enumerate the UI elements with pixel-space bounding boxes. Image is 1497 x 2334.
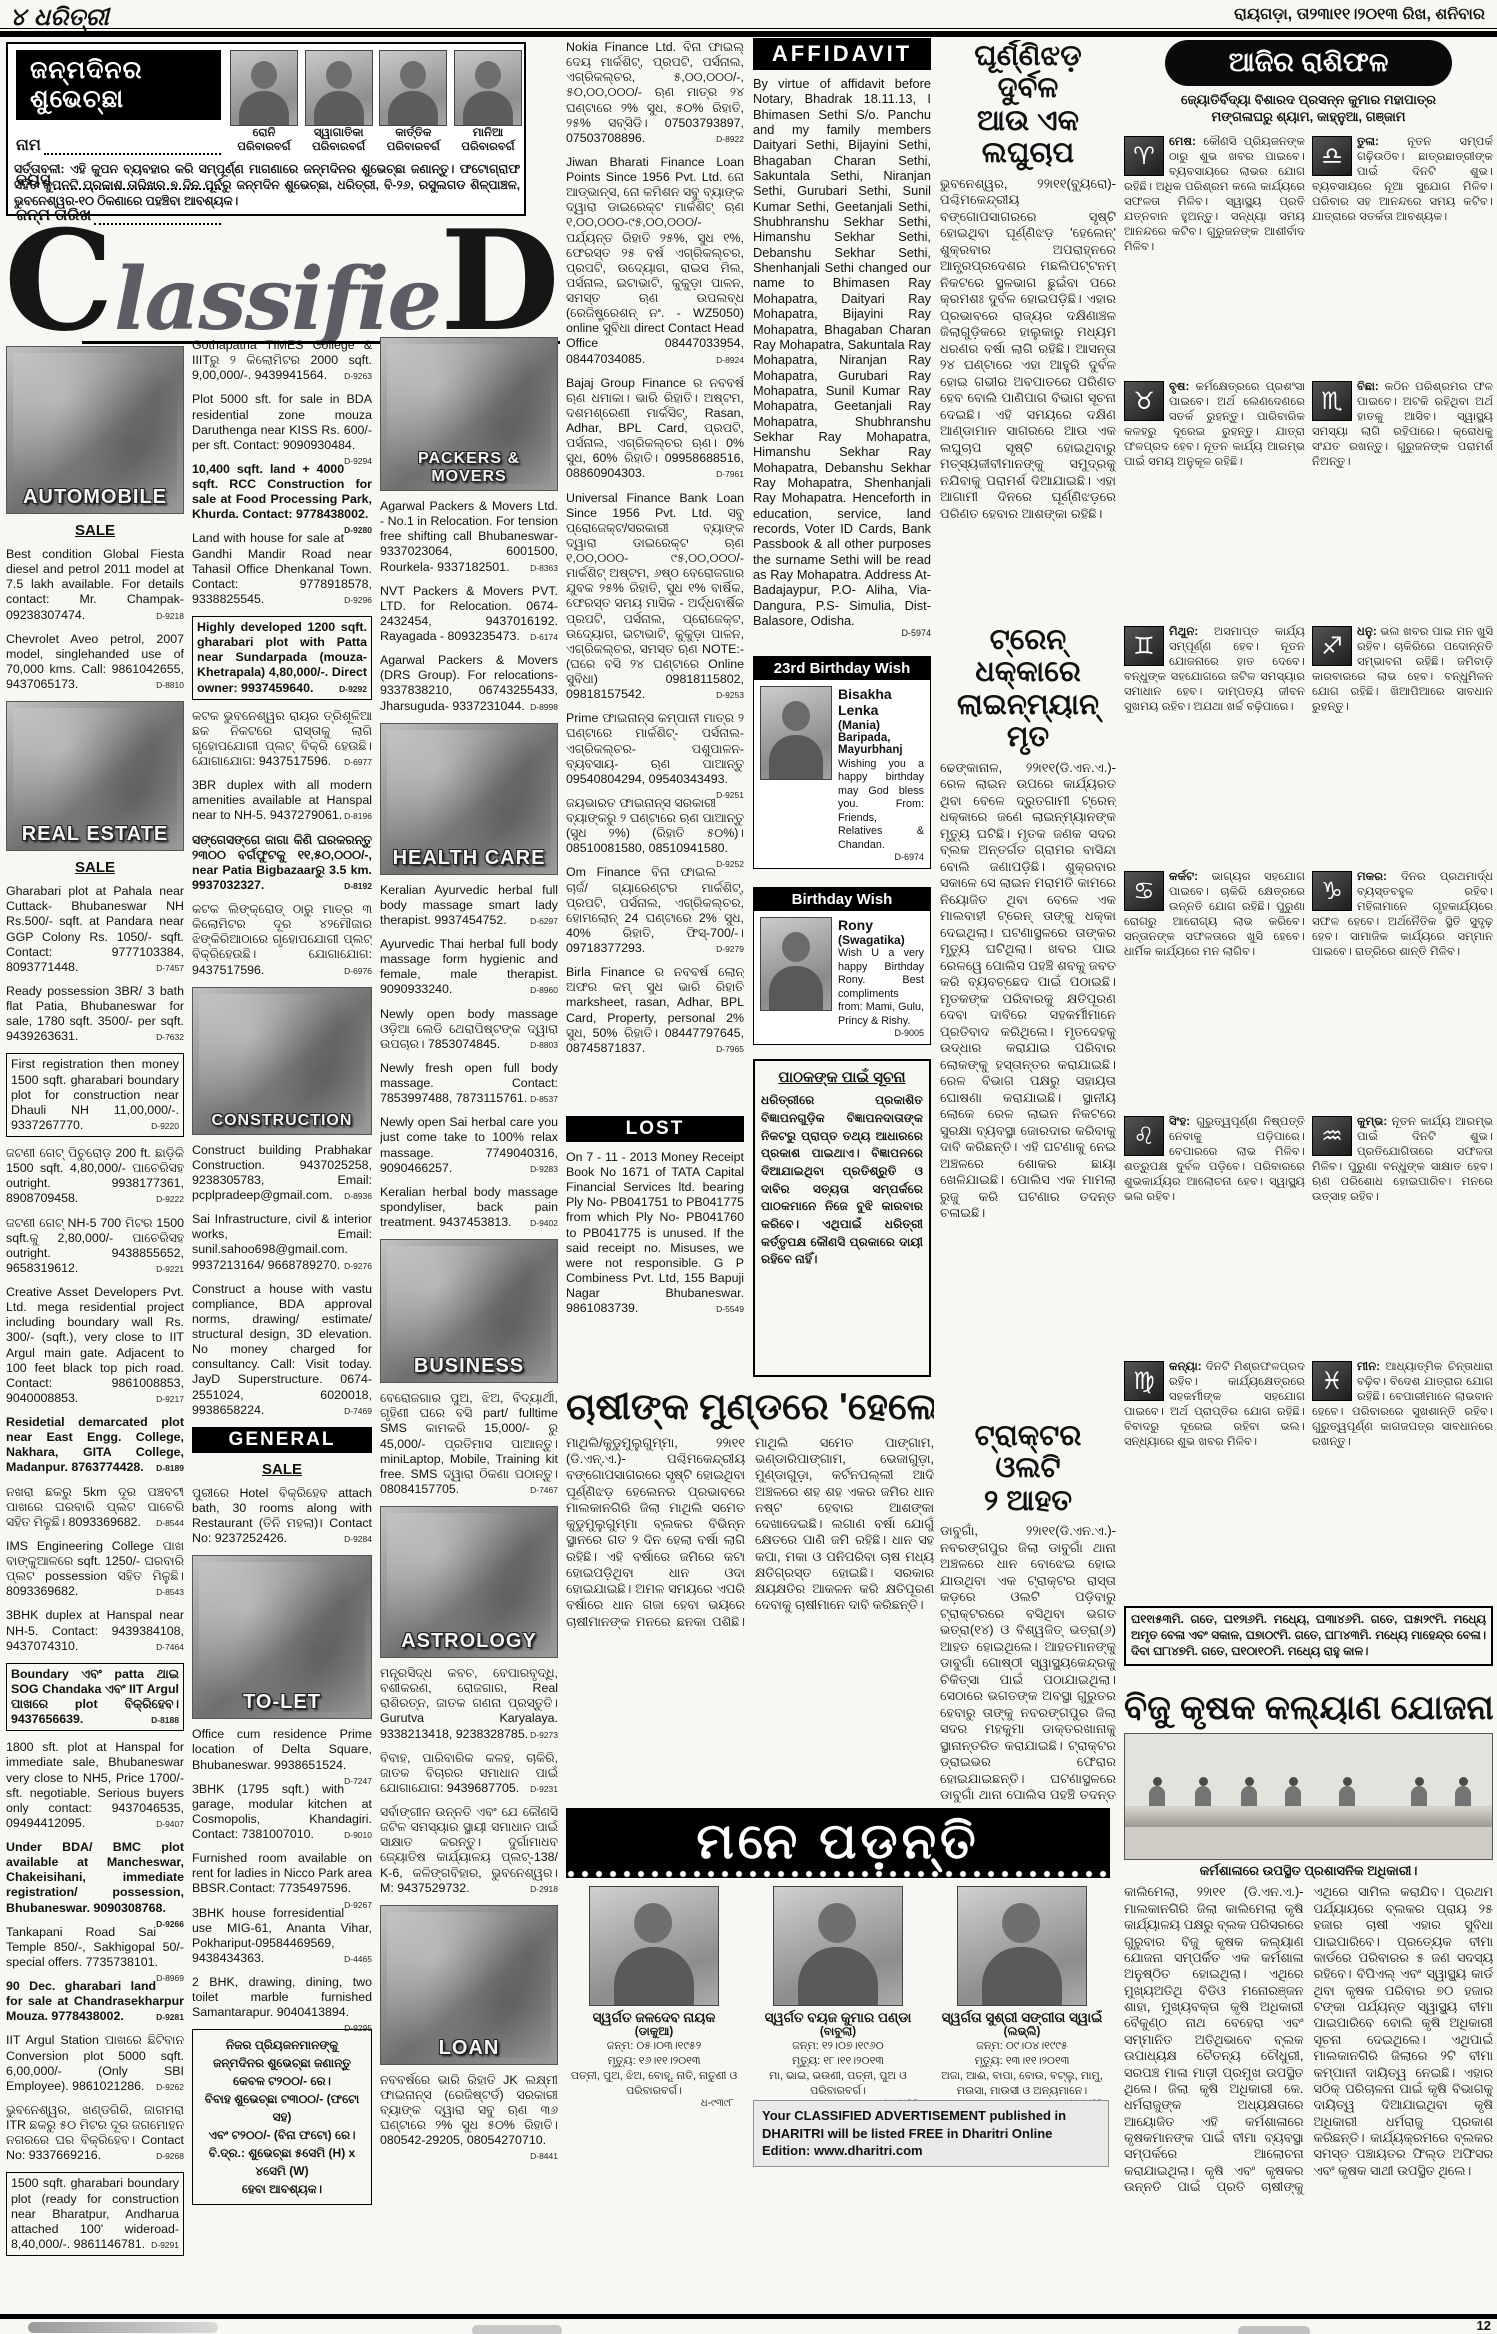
masthead-page-label: ୪ ଧରିତ୍ରୀ: [10, 2, 109, 31]
classified-ad: 3BR duplex with all modern amenities ava…: [192, 778, 372, 823]
classified-ad: ନଖରା ଛକରୁ 5km ଦୂର ପଞ୍ଚବଟୀ ପାଖରେ ଘରବାରି ପ…: [6, 1485, 184, 1530]
classified-ad-code: D-5549: [716, 1304, 744, 1314]
section-banner-label: CONSTRUCTION: [193, 1112, 371, 1130]
greeting-rates-line: ବି.ଦ୍ର.: ଶୁଭେଚ୍ଛା ୫ସେମି (H) x ୪ସେମି (W): [197, 2144, 367, 2180]
memorial-line: ମୃତ୍ୟୁ: ୧୩।୧୧।୨୦୧୩: [934, 2054, 1110, 2069]
classified-ad: ଜଟଣୀ ଗେଟ୍ NH-5 700 ମିଟର 1500 sqft.କୁ 2,8…: [6, 1216, 184, 1277]
horoscope-entry: ♑ମକର: ଦିନର ପ୍ରଥମାର୍ଦ୍ଧ ବ୍ୟସ୍ତବହୁଳ ରହିବ। …: [1312, 865, 1493, 1110]
memorial-row: ସ୍ୱର୍ଗତ ଜଳଦେବ ନାୟକ(ଡାକୁଆ)ଜନ୍ମ: ୦୫।୦୩।୧୯୫…: [566, 1886, 1110, 2109]
classified-ad-code: D-9281: [156, 2012, 184, 2022]
lost-strip: LOST: [566, 1116, 744, 1142]
classified-ad: Agarwal Packers & Movers Ltd. - No.1 in …: [380, 499, 558, 575]
classified-ad-text: On 7 - 11 - 2013 Money Receipt Book No 1…: [566, 1150, 744, 1315]
classified-ad-code: D-8543: [156, 1587, 184, 1597]
logo-middle: lassifie: [114, 249, 440, 350]
classified-ad-text: 1800 sft. plot at Hanspal for immediate …: [6, 1740, 184, 1830]
classified-ad-code: D-9252: [716, 859, 744, 869]
classified-ad-code: D-9402: [530, 1218, 558, 1228]
memorial-entry: ସ୍ୱର୍ଗତା ସୁଶ୍ରୀ ସଙ୍ଗୀତା ସ୍ୱାଇଁ(ଲଭ୍‌ଲି)ଜନ…: [934, 1886, 1110, 2109]
train-article: ଢେଙ୍କାନାଳ, ୨୨ା୧୧(ଡି.ଏନ.ଏ.)- ରେଳ ଲାଇନ ଉପର…: [940, 760, 1116, 1408]
classified-ad-text: Under BDA/ BMC plot available at Manches…: [6, 1840, 184, 1915]
classified-ad: NVT Packers & Movers PVT. LTD. for Reloc…: [380, 584, 558, 645]
classified-ad-code: D-8196: [344, 811, 372, 821]
zodiac-sign-name: କୁମ୍ଭ:: [1357, 1115, 1392, 1128]
zodiac-sign-name: ତୁଳା:: [1357, 135, 1407, 148]
affidavit-column: AFFIDAVIT By virtue of affidavit before …: [753, 38, 931, 1386]
birthday-girl-photo: [760, 686, 832, 780]
classified-ad-code: D-4465: [344, 1954, 372, 1964]
zodiac-icon: ♑: [1312, 871, 1352, 911]
classified-ad: On 7 - 11 - 2013 Money Receipt Book No 1…: [566, 1150, 744, 1316]
greeting-rates-line: ଜନ୍ମଦିନର ଶୁଭେଚ୍ଛା ଜଣାନ୍ତୁ: [197, 2054, 367, 2072]
birthday-wish-code: D-6974: [838, 852, 924, 862]
classified-ad-code: D-9217: [156, 1394, 184, 1404]
classified-ad: Construct a house with vastu compliance,…: [192, 1282, 372, 1418]
zodiac-sign-name: ବୃଷ:: [1169, 380, 1196, 393]
classified-ad: Boundary ଏବଂ patta ଥାଇ SOG Chandaka ଏବଂ …: [6, 1663, 184, 1732]
birthday-coupon: ଜନ୍ମଦିନର ଶୁଭେଚ୍ଛା ନାମ ବୟସ ଜନ୍ମ ତାରିଖ ରୋନ…: [6, 42, 526, 216]
classified-ad: Construct building Prabhakar Constructio…: [192, 1143, 372, 1204]
classified-ad: Keralian Ayurvedic herbal full body mass…: [380, 883, 558, 928]
cyclone-article: ଭୁବନେଶ୍ୱର, ୨୨ା୧୧(ବ୍ୟୁରୋ)- ପଶ୍ଚିମକେନ୍ଦ୍ରୀ…: [940, 176, 1116, 612]
birthday-photo-family: ପରିବାରବର୍ଗ: [454, 140, 522, 154]
zodiac-icon: ♋: [1124, 871, 1164, 911]
classified-ad-code: D-6976: [344, 966, 372, 976]
classified-ad-code: D-9295: [344, 2023, 372, 2033]
classified-ad-code: D-7965: [716, 1044, 744, 1054]
person-figure: [1241, 1777, 1257, 1807]
reader-notice-body: ଧରିତ୍ରୀରେ ପ୍ରକାଶିତ ବିଜ୍ଞାପନଗୁଡ଼ିକ ବିଜ୍ଞା…: [761, 1092, 923, 1269]
classified-ad: IIT Argul Station ପାଖରେ ଛିଟିବାନ Conversi…: [6, 2033, 184, 2094]
zodiac-icon: ♎: [1312, 136, 1352, 176]
classified-ad-code: D-9263: [344, 371, 372, 381]
classified-ad: 3BHK (1795 sqft.) with garage, modular k…: [192, 1782, 372, 1843]
person-figure: [1195, 1777, 1211, 1807]
section-banner-label: TO-LET: [193, 1691, 371, 1714]
classified-ad: ଜଟଣୀ ଗେଟ୍ ପିଚୁରୋଡ଼ 200 ft. ଛାଡ଼ିକି 1500 …: [6, 1146, 184, 1207]
section-banner-construction: CONSTRUCTION: [192, 987, 372, 1135]
section-banner-label: AUTOMOBILE: [7, 486, 183, 509]
classified-ad: Highly developed 1200 sqft. gharabari pl…: [192, 616, 372, 700]
horoscope-entry: ♋କର୍କଟ: ଭାଗ୍ୟର ସହଯୋଗ ପାଇବେ। ଚାକିରି କ୍ଷେତ…: [1124, 865, 1305, 1110]
sale-heading: SALE: [192, 1461, 372, 1478]
scan-artifact: [1238, 2326, 1310, 2334]
classified-ad: 1500 sqft. gharabari boundary plot (read…: [6, 2172, 184, 2256]
birthday-wish-text: Rony (Swagatika) Wish U a very happy Bir…: [838, 917, 924, 1038]
memorial-line: ମା, ଭାଇ, ଭଉଣୀ, ପତ୍ନୀ, ପୁଅ ଓ ପରିବାରବର୍ଗ।: [750, 2069, 926, 2099]
zodiac-icon: ♍: [1124, 1361, 1164, 1401]
classified-ad-text: Gharabari plot at Pahala near Cuttack- B…: [6, 884, 184, 974]
classified-ad-code: D-9291: [151, 2240, 179, 2250]
person-figure: [1285, 1777, 1301, 1807]
classified-ad-code: D-8998: [530, 702, 558, 712]
classified-ad-code: D-9284: [344, 1534, 372, 1544]
classified-ad-text: Jiwan Bharati Finance Loan Points Since …: [566, 155, 744, 366]
section-banner-real-estate: REAL ESTATE: [6, 701, 184, 851]
classified-ad: 3BHK duplex at Hanspal near NH-5. Contac…: [6, 1608, 184, 1653]
classified-ad-text: Prime ଫାଇନାନ୍ସ କମ୍ପାନୀ ମାତ୍ର ୨ ଘଣ୍ଟାରେ ମ…: [566, 711, 744, 786]
classified-column-1: AUTOMOBILESALEBest condition Global Fies…: [6, 346, 184, 2312]
classified-ad-code: D-9266: [156, 1919, 184, 1929]
classified-ad: Creative Asset Developers Pvt. Ltd. mega…: [6, 1285, 184, 1406]
memorial-line: ମୃତ୍ୟୁ: ୧୮।୧୧।୨୦୧୩: [750, 2054, 926, 2069]
classified-ad: 2 BHK, drawing, dining, two toilet marbl…: [192, 1975, 372, 2020]
birthday-photo-card: ରୋନିପରିବାରବର୍ଗ: [230, 50, 298, 155]
memorial-line: ଜନ୍ମ: ୦୫।୦୩।୧୯୫୨: [566, 2039, 742, 2054]
memorial-nickname: (ବାବୁଲା): [750, 2026, 926, 2039]
classified-ad-text: Plot 5000 sft. for sale in BDA residenti…: [192, 392, 372, 451]
memorial-name: ସ୍ୱର୍ଗତ ଜଳଦେବ ନାୟକ: [566, 2010, 742, 2026]
classified-ad-code: D-8924: [716, 355, 744, 365]
greeting-rates-line: ହେବା ଆବଶ୍ୟକ।: [197, 2180, 367, 2198]
classified-ad: ମନ୍ତ୍ରସିଦ୍ଧ କବଚ, ବେପାରବୃଦ୍ଧି, ବଶୀକରଣ, ରୋ…: [380, 1666, 558, 1742]
birthday-photo: [305, 50, 373, 126]
classified-ad-code: D-7457: [156, 963, 184, 973]
greeting-rates-line: ବିବାହ ଶୁଭେଚ୍ଛା ଟ୩୦୦/- (ଫଟୋ ସହ): [197, 2090, 367, 2126]
birthday-wish-message: Wish U a very happy Birthday Rony. Best …: [838, 947, 924, 1028]
classified-ad: Gothapatna TIMES College & IIITରୁ ୨ କିଲୋ…: [192, 338, 372, 383]
classified-ad-code: D-9276: [344, 1261, 372, 1271]
zodiac-icon: ♊: [1124, 626, 1164, 666]
horoscope-title: ଆଜିର ରାଶିଫଳ: [1165, 40, 1453, 86]
header-rule-thick: [0, 31, 1497, 37]
classified-ad-code: D-9268: [156, 2151, 184, 2161]
birthday-photo-card: କାର୍ତ୍ତିକପରିବାରବର୍ଗ: [379, 50, 447, 155]
panchanga-box: ଘ୧୧ା୫୩ମି. ଗତେ, ଘ୧୨ା୬ମି. ମଧ୍ୟେ, ଘ୩ା୪୬ମି. …: [1124, 1606, 1493, 1666]
birthday-photo: [454, 50, 522, 126]
birthday-wish-nick: (Mania): [838, 718, 924, 732]
bottom-rule: [0, 2314, 1497, 2319]
workshop-article-block: ବିଜୁ କୃଷକ କଲ୍ୟାଣ ଯୋଜନା କର୍ମଶାଳା କର୍ମଶାଳା…: [1124, 1690, 1493, 2330]
classified-ad-code: D-9251: [716, 790, 744, 800]
classified-ad: 10,400 sqft. land + 4000 sqft. RCC Const…: [192, 462, 372, 523]
classified-ad: Keralian herbal body massage spondyliser…: [380, 1185, 558, 1230]
classified-ad: Chevrolet Aveo petrol, 2007 model, singl…: [6, 632, 184, 693]
horoscope-entry: ♉ବୃଷ: କର୍ମକ୍ଷେତ୍ରରେ ପ୍ରଶଂସା ପାଇବେ। ଅର୍ଥ …: [1124, 375, 1305, 620]
classified-ad-code: D-7464: [156, 1642, 184, 1652]
birthday-wish-message: Wishing you a happy birthday may God ble…: [838, 758, 924, 852]
online-edition-notice: Your CLASSIFIED ADVERTISEMENT published …: [753, 2100, 1109, 2167]
finance-ads-column: Nokia Finance Ltd. ବିନା ଫାଇଲ୍ ଦେୟ ମାର୍କଶ…: [566, 40, 744, 1384]
zodiac-icon: ♌: [1124, 1116, 1164, 1156]
classified-ad: ନବବର୍ଷରେ ଭାରି ରିହାତି JK ଲକ୍ଷ୍ମୀ ଫାଇନାନ୍ସ…: [380, 2073, 558, 2149]
zodiac-sign-name: ମେଷ:: [1169, 135, 1203, 148]
helen-article-block: ଚାଷୀଙ୍କ ମୁଣ୍ଡରେ 'ହେଲେନ୍' ଚଢ଼କ ମାଥିଲି/କୁଡ…: [566, 1388, 934, 1806]
dotted-line: [44, 141, 221, 155]
classified-ad-code: D-9218: [156, 611, 184, 621]
reader-notice-title: ପାଠକଙ୍କ ପାଇଁ ସୂଚନା: [761, 1069, 923, 1086]
tractor-article: ଡାବୁଗାଁ, ୨୨ା୧୧(ଡି.ଏନ.ଏ.)- ନବରଙ୍ଗପୁର ଜିଲା…: [940, 1523, 1116, 1806]
classified-ad-code: D-8189: [156, 1463, 184, 1473]
zodiac-sign-name: ଧନୁ:: [1357, 625, 1380, 638]
classified-ad-code: D-8192: [344, 881, 372, 891]
classified-ad-code: D-9283: [530, 1164, 558, 1174]
birthday-photo: [230, 50, 298, 126]
classified-ad-code: D-9262: [156, 2082, 184, 2092]
birthday-boy-photo: [760, 917, 832, 1011]
classified-ad: Under BDA/ BMC plot available at Manches…: [6, 1840, 184, 1916]
section-banner-label: HEALTH CARE: [381, 847, 557, 870]
classified-ad-code: D-9273: [530, 1730, 558, 1740]
headline-line: ଆଉ ଏକ ଲଘୁଚାପ: [977, 105, 1079, 169]
person-figure: [1149, 1777, 1165, 1807]
headline-line: ଲାଇନ୍‌ମ୍ୟାନ୍ ମୃତ: [957, 689, 1099, 753]
newspaper-page: ୪ ଧରିତ୍ରୀ ରାୟଗଡ଼ା, ତା୨୩ା୧୧।୨୦୧୩ ରିଖ, ଶନି…: [0, 0, 1497, 2334]
zodiac-icon: ♒: [1312, 1116, 1352, 1156]
birthday-wish-body: Rony (Swagatika) Wish U a very happy Bir…: [754, 911, 930, 1044]
coupon-field-name: ନାମ: [16, 137, 221, 155]
horoscope-entry: ♌ସିଂହ: ଗୁରୁତ୍ୱପୂର୍ଣ୍ଣ ନିଷ୍ପତ୍ତି ନେବାକୁ ପ…: [1124, 1110, 1305, 1355]
classified-ad: Furnished room available on rent for lad…: [192, 1851, 372, 1896]
birthday-wish-23-text: Bisakha Lenka (Mania) Baripada, Mayurbha…: [838, 686, 924, 862]
conference-table: [1125, 1807, 1492, 1827]
memorial-line: ପତ୍ନୀ, ପୁଅ, ଝିଅ, ବୋହୂ, ନାତି, ନାତୁଣୀ ଓ ପର…: [566, 2069, 742, 2099]
classified-ad-code: D-9231: [530, 1784, 558, 1794]
sale-heading: SALE: [6, 522, 184, 539]
horoscope-entry: ♊ମିଥୁନ: ଅସମାପ୍ତ କାର୍ଯ୍ୟ ସମ୍ପୂର୍ଣ୍ଣ ହେବ। …: [1124, 620, 1305, 865]
header-rule: [0, 28, 1497, 29]
classified-ad-text: Office cum residence Prime location of D…: [192, 1727, 372, 1771]
classified-ad-code: D-8537: [530, 1094, 558, 1104]
memorial-nickname: (ଲଭ୍‌ଲି): [934, 2026, 1110, 2039]
classified-ad-code: D-9222: [156, 1194, 184, 1204]
headline-line: ଟ୍ରେନ୍ ଧକ୍କାରେ: [975, 624, 1081, 688]
memorial-banner: ମନେ ପଡ଼ନ୍ତି: [566, 1808, 1110, 1878]
classified-ad: ବେରୋଜଗାର ପୁଅ, ଝିଅ, ବିଦ୍ୟାର୍ଥୀ, ଗୃହିଣୀ ଘର…: [380, 1391, 558, 1497]
section-banner-astrology: ASTROLOGY: [380, 1506, 558, 1658]
greeting-rates-box: ନିଜର ପ୍ରିୟଜନମାନଙ୍କୁଜନ୍ମଦିନର ଶୁଭେଚ୍ଛା ଜଣା…: [192, 2029, 372, 2205]
affidavit-code: D-5974: [753, 628, 931, 638]
classified-ad-code: D-7469: [344, 1406, 372, 1416]
section-banner-automobile: AUTOMOBILE: [6, 346, 184, 514]
zodiac-icon: ♐: [1312, 626, 1352, 666]
classified-ad-code: D-6297: [530, 916, 558, 926]
classified-ad-code: D-9292: [339, 684, 367, 694]
classified-ad: Newly fresh open full body massage. Cont…: [380, 1061, 558, 1106]
classified-ad: Sai Infrastructure, civil & interior wor…: [192, 1212, 372, 1273]
zodiac-icon: ♓: [1312, 1361, 1352, 1401]
horoscope-section: ଆଜିର ରାଶିଫଳ ଜ୍ୟୋତିର୍ବିଦ୍ୟା ବିଶାରଦ ପ୍ରସନ୍…: [1124, 40, 1493, 1666]
birthday-wish-23-box: 23rd Birthday Wish Bisakha Lenka (Mania)…: [753, 656, 931, 869]
section-banner-label: ASTROLOGY: [381, 1630, 557, 1653]
classified-ad: 1800 sft. plot at Hanspal for immediate …: [6, 1740, 184, 1831]
classified-ad: କଟକ ଭୁବନେଶ୍ୱର ରାୟର ତ୍ରିଶୂଳିଆ ଛକ ନିକଟରେ ର…: [192, 709, 372, 770]
classified-ad: Tankapani Road Sai Temple 850/-, Sakhigo…: [6, 1925, 184, 1970]
general-strip: GENERAL: [192, 1427, 372, 1453]
memorial-photo: [773, 1886, 903, 2006]
classified-ad: Agarwal Packers & Movers (DRS Group). Fo…: [380, 653, 558, 714]
zodiac-sign-name: ମୀନ:: [1357, 1360, 1386, 1373]
classified-ad: Residetial demarcated plot near East Eng…: [6, 1415, 184, 1476]
affidavit-strip: AFFIDAVIT: [753, 38, 931, 70]
classified-ad: Office cum residence Prime location of D…: [192, 1727, 372, 1772]
headline-line: ଟ୍ରାକ୍ଟର ଓଲଟି: [975, 1420, 1082, 1484]
classified-ad: Ayurvedic Thai herbal full body massage …: [380, 937, 558, 998]
memorial-line: ଜନ୍ମ: ୧୨।୦୭।୧୯୬୦: [750, 2039, 926, 2054]
classified-ad: Newly open Sai herbal care you just come…: [380, 1115, 558, 1176]
classified-ad-code: D-8922: [716, 134, 744, 144]
workshop-headline: ବିଜୁ କୃଷକ କଲ୍ୟାଣ ଯୋଜନା କର୍ମଶାଳା: [1124, 1690, 1493, 1727]
classified-ad: Land with house for sale at Gandhi Mandi…: [192, 531, 372, 607]
memorial-line: ଜନ୍ମ: ୦୯।୦୪।୧୯୯୫: [934, 2039, 1110, 2054]
classified-ad: ଭୁବନେଶ୍ୱର, ଖଣ୍ଡଗିରି, ଜାଗମରା ITR ଛକରୁ ୫୦ …: [6, 2103, 184, 2164]
zodiac-sign-name: ମକର:: [1357, 870, 1401, 883]
section-banner-packers-movers: PACKERS & MOVERS: [380, 337, 558, 491]
classified-ad-code: D-8188: [151, 1715, 179, 1725]
birthday-photo-name: ରୋନି: [230, 126, 298, 140]
classified-ad: ସଙ୍ଗେସଙ୍ଗେ ଜାଗା କିଣି ଘରକରନ୍ତୁ ୨୩୦୦ ବର୍ଗଫ…: [192, 833, 372, 894]
zodiac-sign-name: ସିଂହ:: [1169, 1115, 1196, 1128]
classified-ad: IMS Engineering College ପାଖ ବାଙ୍କୁଆଳରେ s…: [6, 1539, 184, 1600]
classified-ad: ପୁରୀରେ Hotel ବିକ୍ରିହେବ attach bath, 30 r…: [192, 1486, 372, 1547]
astrologer-credit: ଜ୍ୟୋତିର୍ବିଦ୍ୟା ବିଶାରଦ ପ୍ରସନ୍ନ କୁମାର ମହାପ…: [1124, 92, 1493, 126]
classified-ad-code: D-8936: [344, 1191, 372, 1201]
reader-notice-box: ପାଠକଙ୍କ ପାଇଁ ସୂଚନା ଧରିତ୍ରୀରେ ପ୍ରକାଶିତ ବି…: [753, 1059, 931, 1377]
classified-ad: Universal Finance Bank Loan Since 1956 P…: [566, 491, 744, 703]
classified-ad: ବିବାହ, ପାରିବାରିକ କଳହ, ଚାକିରି, ଜାତକ ବିଚାର…: [380, 1751, 558, 1796]
classified-ad: Gharabari plot at Pahala near Cuttack- B…: [6, 884, 184, 975]
section-banner-to-let: TO-LET: [192, 1555, 372, 1719]
zodiac-sign-name: ମିଥୁନ:: [1169, 625, 1214, 638]
birthday-photo-card: ମାନିଆପରିବାରବର୍ଗ: [454, 50, 522, 155]
section-banner-health-care: HEALTH CARE: [380, 723, 558, 875]
classified-ad-text: Universal Finance Bank Loan Since 1956 P…: [566, 491, 744, 702]
classified-ad-code: D-8960: [530, 985, 558, 995]
classified-ad-code: D-9220: [151, 1121, 179, 1131]
workshop-photo: [1124, 1733, 1493, 1860]
classified-ad-code: D-7467: [530, 1485, 558, 1495]
memorial-name: ସ୍ୱର୍ଗତା ସୁଶ୍ରୀ ସଙ୍ଗୀତା ସ୍ୱାଇଁ: [934, 2010, 1110, 2026]
birthday-photo-name: କାର୍ତ୍ତିକ: [379, 126, 447, 140]
section-banner-label: LOAN: [381, 2037, 557, 2060]
classified-ad-code: D-9294: [344, 456, 372, 466]
birthday-wish-nick: (Swagatika): [838, 933, 924, 947]
zodiac-sign-name: କନ୍ୟା:: [1169, 1360, 1206, 1373]
greeting-rates-line: ଏବଂ ଟ୨୦୦/- (ବିନା ଫଟୋ) ରେ।: [197, 2126, 367, 2144]
masthead-date: ରାୟଗଡ଼ା, ତା୨୩ା୧୧।୨୦୧୩ ରିଖ, ଶନିବାର: [1234, 6, 1485, 24]
workshop-caption: କର୍ମଶାଳାରେ ଉପସ୍ଥିତ ପ୍ରଶାସନିକ ଅଧିକାରୀ।: [1124, 1863, 1493, 1879]
classified-ad-text: Furnished room available on rent for lad…: [192, 1851, 372, 1895]
birthday-wish-name: Rony: [838, 917, 924, 933]
classified-ad: Om Finance ବିନା ଫାଇଲ ଚାର୍ଜ/ ଗ୍ୟାରେଣ୍ଟର ମ…: [566, 865, 744, 956]
classified-ad-text: 2 BHK, drawing, dining, two toilet marbl…: [192, 1975, 372, 2019]
birthday-photo-family: ପରିବାରବର୍ଗ: [230, 140, 298, 154]
birthday-wish-name: Bisakha Lenka: [838, 686, 924, 718]
page-number: 12: [1477, 2318, 1491, 2333]
classified-ad-code: D-8810: [156, 680, 184, 690]
birthday-wish-header: Birthday Wish: [754, 888, 930, 911]
classified-ad-code: D-9280: [344, 525, 372, 535]
classified-ad-code: D-8544: [156, 1518, 184, 1528]
classified-ad-code: D-7632: [156, 1032, 184, 1042]
news-column: ଘୂର୍ଣ୍ଣିଝଡ଼ ଦୁର୍ବଳ ଆଉ ଏକ ଲଘୁଚାପ ଭୁବନେଶ୍ୱ…: [940, 40, 1116, 1806]
classified-ad: Prime ଫାଇନାନ୍ସ କମ୍ପାନୀ ମାତ୍ର ୨ ଘଣ୍ଟାରେ ମ…: [566, 711, 744, 787]
scan-artifact: [472, 2325, 562, 2334]
classified-ad-text: Construct a house with vastu compliance,…: [192, 1282, 372, 1417]
classified-ad-code: D-7247: [344, 1776, 372, 1786]
classified-ad-code: D-8803: [530, 1040, 558, 1050]
classified-ad-code: D-9267: [344, 1900, 372, 1910]
classified-ad-text: Creative Asset Developers Pvt. Ltd. mega…: [6, 1285, 184, 1405]
classified-ad-text: Bajaj Group Finance ର ନବବର୍ଷ ଋଣ ଧମାକା। ଭ…: [566, 376, 744, 481]
classified-ad-text: 10,400 sqft. land + 4000 sqft. RCC Const…: [192, 462, 372, 521]
horoscope-entry: ♓ମୀନ: ଆଧ୍ୟାତ୍ମିକ ଚିନ୍ତାଧାରା ବଢ଼ିବ। ବିଦେଶ…: [1312, 1355, 1493, 1600]
horoscope-entry: ♏ବିଛା: କଠିନ ପରିଶ୍ରମର ଫଳ ପାଇବେ। ଅଟକି ରହିଥ…: [1312, 375, 1493, 620]
memorial-nickname: (ଡାକୁଆ): [566, 2026, 742, 2039]
memorial-entry: ସ୍ୱର୍ଗତ ଜଳଦେବ ନାୟକ(ଡାକୁଆ)ଜନ୍ମ: ୦୫।୦୩।୧୯୫…: [566, 1886, 742, 2109]
classified-ad-text: Birla Finance ର ନବବର୍ଷ ଲୋନ୍ ଅଫର କମ୍ ସୁଧ …: [566, 965, 744, 1055]
classified-ad-code: D-8441: [530, 2151, 558, 2161]
classified-ad-code: D-7961: [716, 469, 744, 479]
classified-ad-code: D-9279: [716, 944, 744, 954]
helen-headline: ଚାଷୀଙ୍କ ମୁଣ୍ଡରେ 'ହେଲେନ୍' ଚଢ଼କ: [566, 1388, 934, 1427]
classified-ad-text: ସର୍ବାଙ୍ଗୀନ ଉନ୍ନତି ଏବଂ ଯେ କୌଣସି ଜଟିଳ ସମସ୍…: [380, 1805, 558, 1895]
greeting-rates-line: କେବଳ ଟ୨୦୦/- ରେ।: [197, 2072, 367, 2090]
section-banner-label: PACKERS & MOVERS: [381, 450, 557, 486]
headline-line: ଘୂର୍ଣ୍ଣିଝଡ଼ ଦୁର୍ବଳ: [974, 40, 1082, 104]
astrologer-name: ଜ୍ୟୋତିର୍ବିଦ୍ୟା ବିଶାରଦ ପ୍ରସନ୍ନ କୁମାର ମହାପ…: [1181, 92, 1436, 107]
headline-line: ୨ ଆହତ: [984, 1485, 1072, 1517]
memorial-code: ଧ-୯୩୯୮: [566, 2098, 742, 2109]
birthday-photo: [379, 50, 447, 126]
classified-ad-code: D-9407: [156, 1819, 184, 1829]
zodiac-icon: ♉: [1124, 381, 1164, 421]
classified-ad: Jiwan Bharati Finance Loan Points Since …: [566, 155, 744, 367]
birthday-wish-box: Birthday Wish Rony (Swagatika) Wish U a …: [753, 887, 931, 1045]
memorial-line: ମୃତ୍ୟୁ: ୧୬।୧୧।୨୦୧୩: [566, 2054, 742, 2069]
logo-letter-c: C: [4, 226, 114, 336]
classified-ad: 90 Dec. gharabari land for sale at Chand…: [6, 1979, 184, 2024]
birthday-photo-name: ସ୍ୱାଗାତିକା: [305, 126, 373, 140]
cyclone-headline: ଘୂର୍ଣ୍ଣିଝଡ଼ ଦୁର୍ବଳ ଆଉ ଏକ ଲଘୁଚାପ: [940, 40, 1116, 170]
section-banner-label: BUSINESS: [381, 1355, 557, 1378]
horoscope-entry: ♐ଧନୁ: ଭଲ ଖବର ପାଇ ମନ ଖୁସି ରହିବ। ଚାକିରିରେ …: [1312, 620, 1493, 865]
horoscope-entry: ♍କନ୍ୟା: ଦିନଟି ମିଶ୍ରଫଳପ୍ରଦ ରହିବ। କାର୍ଯ୍ୟକ…: [1124, 1355, 1305, 1600]
classified-ad: First registration then money 1500 sqft.…: [6, 1053, 184, 1137]
classified-ad: Nokia Finance Ltd. ବିନା ଫାଇଲ୍ ଦେୟ ମାର୍କଶ…: [566, 40, 744, 146]
classified-ad-code: D-9296: [344, 595, 372, 605]
affidavit-text: By virtue of affidavit before Notary, Bh…: [753, 76, 931, 628]
person-figure: [1455, 1777, 1471, 1807]
classified-column-3: PACKERS & MOVERSAgarwal Packers & Movers…: [380, 337, 558, 2312]
classified-ad: Birla Finance ର ନବବର୍ଷ ଲୋନ୍ ଅଫର କମ୍ ସୁଧ …: [566, 965, 744, 1056]
greeting-rates-line: ନିଜର ପ୍ରିୟଜନମାନଙ୍କୁ: [197, 2036, 367, 2054]
memorial-entry: ସ୍ୱର୍ଗତ ବୟଜ କୁମାର ପଣ୍ଡା(ବାବୁଲା)ଜନ୍ମ: ୧୨।…: [750, 1886, 926, 2109]
classified-ad: Newly open body massage ଓଡ଼ିଆ ଲେଡି ଥେରାପ…: [380, 1007, 558, 1052]
birthday-wish-23-body: Bisakha Lenka (Mania) Baripada, Mayurbha…: [754, 680, 930, 868]
train-headline: ଟ୍ରେନ୍ ଧକ୍କାରେ ଲାଇନ୍‌ମ୍ୟାନ୍ ମୃତ: [940, 624, 1116, 754]
classified-ad-text: ନବବର୍ଷରେ ଭାରି ରିହାତି JK ଲକ୍ଷ୍ମୀ ଫାଇନାନ୍ସ…: [380, 2073, 558, 2148]
memorial-name: ସ୍ୱର୍ଗତ ବୟଜ କୁମାର ପଣ୍ଡା: [750, 2010, 926, 2026]
birthday-photo-family: ପରିବାରବର୍ଗ: [305, 140, 373, 154]
section-banner-business: BUSINESS: [380, 1239, 558, 1383]
astrologer-address: ମଙ୍ଗଳାଘରୁ ଶ୍ୟାମ, କାହ୍ନୁଆ, ଗଞ୍ଜାମ: [1211, 109, 1405, 124]
horoscope-entry: ♎ତୁଳା: ନୂତନ ସମ୍ପର୍କ ଗଢ଼ିଉଠିବ। ଛାତ୍ରଛାତ୍ର…: [1312, 130, 1493, 375]
zodiac-sign-name: କର୍କଟ:: [1169, 870, 1211, 883]
classified-ad-code: D-9221: [156, 1264, 184, 1274]
memorial-line: ଅଜା, ଆଈ, ବାପା, ବୋଉ, ବଟ୍‌ଲୁ, ମାମୁ, ମଉସା, …: [934, 2069, 1110, 2099]
birthday-photos-row: ରୋନିପରିବାରବର୍ଗସ୍ୱାଗାତିକାପରିବାରବର୍ଗକାର୍ତ୍…: [230, 50, 522, 155]
classified-logo-text: ClassifieD: [4, 226, 560, 350]
scan-artifact: [28, 2322, 218, 2333]
birthday-wish-place: Baripada, Mayurbhanj: [838, 732, 924, 756]
sale-heading: SALE: [6, 859, 184, 876]
workshop-article: କାଲିମେଲା, ୨୨ା୧୧ (ଡି.ଏନ.ଏ.)- ମାଲକାନଗିରି ଜ…: [1124, 1884, 1493, 2304]
classified-ad: କଟକ ଲିଙ୍କ୍‌ରୋଡ୍ ଠାରୁ ମାତ୍ର ୩ କିଲୋମିଟର ଦୂ…: [192, 902, 372, 978]
person-figure: [1411, 1777, 1427, 1807]
memorial-section: ମନେ ପଡ଼ନ୍ତି ସ୍ୱର୍ଗତ ଜଳଦେବ ନାୟକ(ଡାକୁଆ)ଜନ୍…: [566, 1808, 1110, 2109]
coupon-field-label: ନାମ: [16, 137, 41, 155]
